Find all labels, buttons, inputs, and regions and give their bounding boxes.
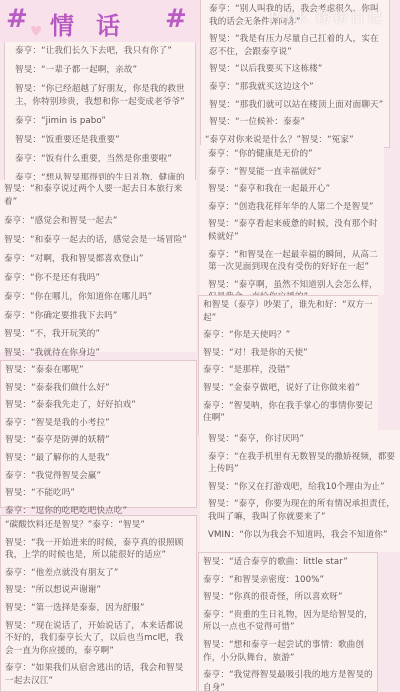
quote-line: 泰亨：“我觉得智旻会赢” xyxy=(5,470,192,483)
quote-line: 泰亨：“智旻是我的小考拉” xyxy=(5,417,192,430)
page-title: 情话 xyxy=(50,6,142,41)
quote-line: 泰亨：“和智旻亲密度：100%” xyxy=(203,574,373,587)
quote-line: 智旻：“我就待在你身边” xyxy=(4,347,192,360)
quote-line: 和智旻（泰亨）吵架了，谁先和好：“双方一起” xyxy=(203,299,374,324)
quote-line: 智旻：“泰亨，你要为现在的所有情况承担责任，我叫了嘛，我叫了你就要来了” xyxy=(208,498,396,523)
quote-panel-right-5: 智旻：“适合泰亨的歌曲：little star” 泰亨：“和智旻亲密度：100%… xyxy=(198,552,378,692)
quote-line: 泰亨：“和智旻在一起最幸福的瞬间，从高二第一次见面到现在没有受伤的好好在一起” xyxy=(208,249,380,274)
quote-line: 泰亨：“贵重的生日礼物，因为是给智旻的，所以一点也不觉得可惜” xyxy=(203,609,373,634)
quote-line: 泰亨：“让我们长久下去吧，我只有你了” xyxy=(15,45,191,58)
quote-line: 智旻：“和泰亨一起去的话，感觉会是一场冒险” xyxy=(4,234,192,247)
quote-line: 智旻：“一辈子都一起啊，亲故” xyxy=(15,64,191,77)
quote-line: 泰亨：“如果我们从宿舍逃出的话，我会和智旻一起去汉江” xyxy=(5,662,192,687)
quote-line: 泰亨：“你不是还有我吗” xyxy=(4,272,192,285)
quote-line: 智旻：“我是有压力尽量自己扛着的人，实在忍不住，会跟泰亨说” xyxy=(209,33,385,58)
quote-line: 泰亨：“智旻呐，你在我手掌心的事情你要记住啊” xyxy=(203,400,374,425)
quote-line: 泰亨：“感觉会和智旻一起去” xyxy=(4,215,192,228)
quote-panel-right-4: 智旻：“泰亨，你讨厌吗” 泰亨：“在我手机里有无数智旻的撒娇视频，都要上传吗” … xyxy=(200,430,400,552)
quote-line: 智旻：“饭重要还是我重要” xyxy=(15,134,191,147)
quote-line: 智旻：“我一开始进来的时候，泰亨真的很照顾我，上学的时候也是，所以能很好的适应” xyxy=(5,537,192,562)
quote-panel-right-2: 泰亨：“你的健康是无价的” 泰亨：“智旻能一直幸福就好” 智旻：“泰亨和我在一起… xyxy=(200,145,384,295)
watermark: Pink 粉粉日记 xyxy=(270,6,384,27)
quote-line: 智旻：“那我们就可以站在楼顶上面对面聊天” xyxy=(209,99,385,112)
quote-line: 智旻：“不，我开玩笑的” xyxy=(4,328,192,341)
quote-line: 泰亨：“智旻能一直幸福就好” xyxy=(208,166,380,179)
quote-line: 智旻：“第一选择是泰泰，因为舒服” xyxy=(5,602,192,615)
quote-line: 泰亨：“在我手机里有无数智旻的撒娇视频，都要上传吗” xyxy=(208,451,396,476)
quote-line: 智旻：“和泰亨说过两个人要一起去日本旅行来着” xyxy=(4,183,192,208)
quote-line: 泰亨：“你确定要推我下去吗” xyxy=(4,310,192,323)
right-column: 泰亨：“别人叫我的话，我会考虑很久，你叫我的话会无条件奔向你” 智旻：“我是有压… xyxy=(200,0,400,692)
quote-line: 智旻：“金泰亨做吧，说好了让你做来着” xyxy=(203,382,374,395)
quote-line: 泰亨：“对啊，我和智旻都喜欢登山” xyxy=(4,253,192,266)
title-banner: # 情话 # ♥ xyxy=(0,0,200,42)
quote-panel-left-3: 智旻：“泰泰在哪呢” 智旻：“泰泰我们做什么好” 智旻：“泰泰我先走了，好好拍戏… xyxy=(0,360,197,508)
quote-line: 智旻：“以后我要买下这栋楼” xyxy=(209,63,385,76)
quote-line: 泰亨：“是那样，没错” xyxy=(203,364,374,377)
quote-line: 泰亨：“我觉得智旻最吸引我的地方是智旻的自身” xyxy=(203,669,373,692)
quote-line: VMIN：“你以为我会不知道吗，我会不知道你” xyxy=(208,529,396,542)
quote-line: 智旻：“适合泰亨的歌曲：little star” xyxy=(203,556,373,569)
hash-left: # xyxy=(6,4,28,34)
quote-line: 智旻：“一位候补：泰泰” xyxy=(209,116,385,129)
quote-line: 智旻：“最了解你的人是我” xyxy=(5,452,192,465)
hash-right: # xyxy=(165,4,187,34)
quote-line: 智旻：“不能吃吗” xyxy=(5,487,192,500)
quote-line: 智旻：“泰泰我们做什么好” xyxy=(5,382,192,395)
quote-line: 泰亨：“你的健康是无价的” xyxy=(208,148,380,161)
quote-line: 泰亨：“饭有什么重要，当然是你重要啦” xyxy=(15,153,191,166)
quote-line: 智旻：“现在说话了，开始说话了，本来话都说不好的，我们泰亨长大了，以后也当mc吧… xyxy=(5,620,192,658)
quote-line: 泰亨：“你在哪儿，你知道你在哪儿吗” xyxy=(4,291,192,304)
quote-line: 智旻：“泰亨是防弹的妖精” xyxy=(5,434,192,447)
quote-line: 泰亨：“那我就买这边这个” xyxy=(209,81,385,94)
quote-line: 泰亨：“jimin is pabo” xyxy=(15,115,191,128)
quote-line: 智旻：“所以想说声谢谢” xyxy=(5,584,192,597)
quote-line: 泰亨：“他差点就没有朋友了” xyxy=(5,567,192,580)
quote-line: 智旻：“泰亨看起来疲惫的时候，没有那个时候就好” xyxy=(208,218,380,243)
quote-line: 泰亨：“你是天使吗？” xyxy=(203,329,374,342)
quote-line: 智旻：“你又在打游戏吧，给我10个理由为止” xyxy=(208,481,396,494)
quote-panel-right-3: 和智旻（泰亨）吵架了，谁先和好：“双方一起” 泰亨：“你是天使吗？” 智旻：“对… xyxy=(198,295,378,435)
quote-line: 泰亨：“创造我花样年华的人第二个是智旻” xyxy=(208,201,380,214)
quote-line: 智旻：“想和泰亨一起尝试的事情：歌曲创作，小分队舞台，旅游” xyxy=(203,639,373,664)
heart-icon: ♥ xyxy=(30,26,42,38)
left-column: # 情话 # ♥ 泰亨：“让我们长久下去吧，我只有你了” 智旻：“一辈子都一起啊… xyxy=(0,0,200,692)
quote-line: 智旻：“泰亨，你讨厌吗” xyxy=(208,433,396,446)
quote-line: 智旻：“泰泰我先走了，好好拍戏” xyxy=(5,399,192,412)
quote-line: 智旻：“你已经超越了好朋友，你是我的救世主，你特别珍贵，我想和你一起变成老爷爷” xyxy=(15,83,191,108)
quote-line: 智旻：“泰亨和我在一起最开心” xyxy=(208,183,380,196)
quote-line: 智旻：“你真的很奇怪，所以喜欢呀” xyxy=(203,591,373,604)
quote-panel-left-1: 泰亨：“让我们长久下去吧，我只有你了” 智旻：“一辈子都一起啊，亲故” 智旻：“… xyxy=(4,42,196,184)
quote-line: 智旻：“对！我是你的天使” xyxy=(203,347,374,360)
quote-line: 智旻：“泰泰在哪呢” xyxy=(5,364,192,377)
quote-line: “碳酸饮料还是智旻？”泰亨：“智旻” xyxy=(5,519,192,532)
quote-panel-left-2: 智旻：“和泰亨说过两个人要一起去日本旅行来着” 泰亨：“感觉会和智旻一起去” 智… xyxy=(0,180,196,352)
quote-panel-left-4: “碳酸饮料还是智旻？”泰亨：“智旻” 智旻：“我一开始进来的时候，泰亨真的很照顾… xyxy=(0,515,197,692)
